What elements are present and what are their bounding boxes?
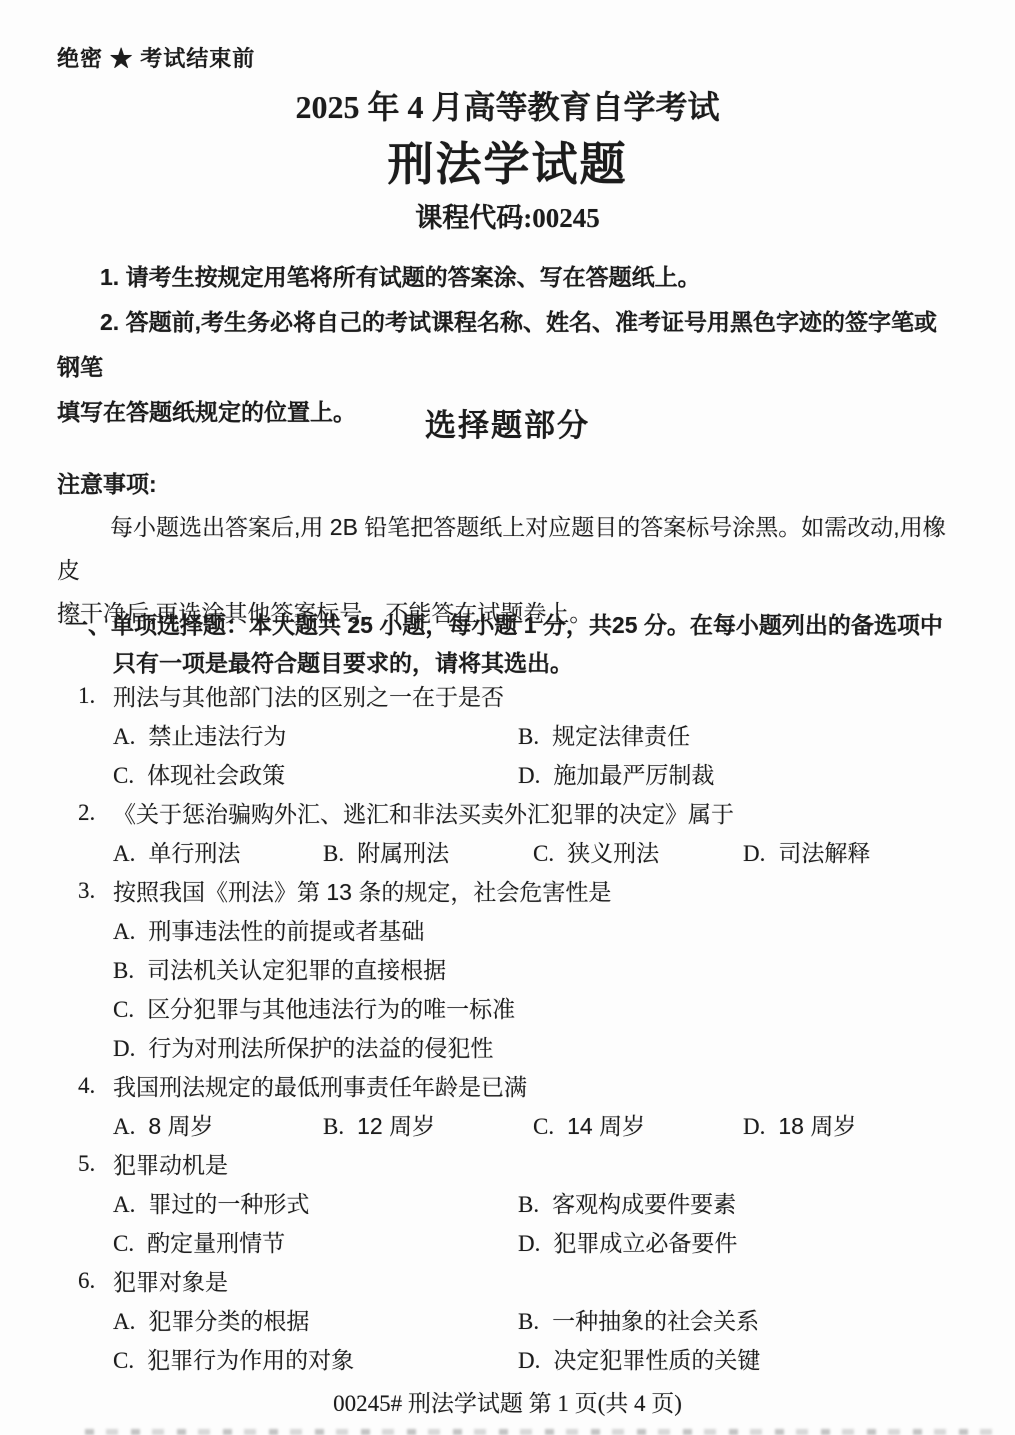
option-item: C.狭义刑法 <box>533 835 743 868</box>
question-number: 6. <box>78 1268 113 1294</box>
option-label: C. <box>113 1348 134 1374</box>
options-row: A.禁止违法行为B.规定法律责任 <box>113 715 985 754</box>
option-item: A.禁止违法行为 <box>113 718 518 751</box>
option-label: D. <box>113 1036 135 1062</box>
option-item: D.犯罪成立必备要件 <box>518 1225 737 1258</box>
option-label: C. <box>113 1231 134 1257</box>
option-label: B. <box>323 841 344 867</box>
option-label: D. <box>743 841 765 867</box>
option-text: 司法解释 <box>778 835 870 868</box>
questions-list: 1.刑法与其他部门法的区别之一在于是否A.禁止违法行为B.规定法律责任C.体现社… <box>78 676 985 1378</box>
question-type-heading: 一、单项选择题：本大题共 25 小题，每小题 1 分，共25 分。在每小题列出的… <box>65 606 965 682</box>
option-label: D. <box>518 1231 540 1257</box>
question-number: 4. <box>78 1073 113 1099</box>
option-text: 区分犯罪与其他违法行为的唯一标准 <box>147 991 515 1024</box>
page-footer: 00245# 刑法学试题 第 1 页(共 4 页) <box>0 1385 1015 1418</box>
options-row: A.单行刑法B.附属刑法C.狭义刑法D.司法解释 <box>113 832 985 871</box>
question-head: 5.犯罪动机是 <box>78 1144 985 1183</box>
question-number: 3. <box>78 878 113 904</box>
question-head: 4.我国刑法规定的最低刑事责任年龄是已满 <box>78 1066 985 1105</box>
option-item: B.规定法律责任 <box>518 718 690 751</box>
option-label: A. <box>113 724 135 750</box>
question-item: 3.按照我国《刑法》第 13 条的规定，社会危害性是A.刑事违法性的前提或者基础… <box>78 871 985 1066</box>
option-text: 客观构成要件要素 <box>552 1186 736 1219</box>
option-item: A.刑事违法性的前提或者基础 <box>113 913 424 946</box>
options-row: A.8 周岁B.12 周岁C.14 周岁D.18 周岁 <box>113 1105 985 1144</box>
option-text: 司法机关认定犯罪的直接根据 <box>147 952 446 985</box>
option-text: 决定犯罪性质的关键 <box>553 1342 760 1375</box>
option-label: B. <box>323 1114 344 1140</box>
option-text: 刑事违法性的前提或者基础 <box>148 913 424 946</box>
option-item: B.司法机关认定犯罪的直接根据 <box>113 952 446 985</box>
option-text: 犯罪分类的根据 <box>148 1303 309 1336</box>
section-title: 选择题部分 <box>0 400 1015 445</box>
question-stem: 刑法与其他部门法的区别之一在于是否 <box>113 679 504 712</box>
options-row: C.酌定量刑情节D.犯罪成立必备要件 <box>113 1222 985 1261</box>
options-row: A.犯罪分类的根据B.一种抽象的社会关系 <box>113 1300 985 1339</box>
option-text: 狭义刑法 <box>567 835 659 868</box>
question-item: 6.犯罪对象是A.犯罪分类的根据B.一种抽象的社会关系C.犯罪行为作用的对象D.… <box>78 1261 985 1378</box>
option-item: B.附属刑法 <box>323 835 533 868</box>
option-item: B.一种抽象的社会关系 <box>518 1303 759 1336</box>
question-stem: 按照我国《刑法》第 13 条的规定，社会危害性是 <box>113 874 611 907</box>
question-item: 5.犯罪动机是A.罪过的一种形式B.客观构成要件要素C.酌定量刑情节D.犯罪成立… <box>78 1144 985 1261</box>
paper-title: 刑法学试题 <box>0 128 1015 194</box>
option-item: C.区分犯罪与其他违法行为的唯一标准 <box>113 991 515 1024</box>
option-item: D.18 周岁 <box>743 1108 856 1141</box>
option-label: C. <box>113 997 134 1023</box>
option-item: D.施加最严厉制裁 <box>518 757 714 790</box>
question-head: 1.刑法与其他部门法的区别之一在于是否 <box>78 676 985 715</box>
question-number: 1. <box>78 683 113 709</box>
option-text: 14 周岁 <box>567 1108 645 1141</box>
options-row: A.罪过的一种形式B.客观构成要件要素 <box>113 1183 985 1222</box>
instruction-line: 1. 请考生按规定用笔将所有试题的答案涂、写在答题纸上。 <box>57 255 958 300</box>
question-item: 1.刑法与其他部门法的区别之一在于是否A.禁止违法行为B.规定法律责任C.体现社… <box>78 676 985 793</box>
option-text: 犯罪成立必备要件 <box>553 1225 737 1258</box>
option-item: A.单行刑法 <box>113 835 323 868</box>
option-label: C. <box>533 841 554 867</box>
question-stem: 《关于惩治骗购外汇、逃汇和非法买卖外汇犯罪的决定》属于 <box>113 796 734 829</box>
question-item: 2.《关于惩治骗购外汇、逃汇和非法买卖外汇犯罪的决定》属于A.单行刑法B.附属刑… <box>78 793 985 871</box>
secrecy-label: 绝密 ★ 考试结束前 <box>57 42 255 73</box>
option-label: A. <box>113 1192 135 1218</box>
option-text: 酌定量刑情节 <box>147 1225 285 1258</box>
option-text: 附属刑法 <box>357 835 449 868</box>
options-row: D.行为对刑法所保护的法益的侵犯性 <box>113 1027 985 1066</box>
option-text: 禁止违法行为 <box>148 718 286 751</box>
option-label: A. <box>113 919 135 945</box>
notice-line: 每小题选出答案后,用 2B 铅笔把答题纸上对应题目的答案标号涂黑。如需改动,用橡… <box>57 506 958 592</box>
question-stem: 我国刑法规定的最低刑事责任年龄是已满 <box>113 1069 527 1102</box>
option-text: 规定法律责任 <box>552 718 690 751</box>
option-text: 一种抽象的社会关系 <box>552 1303 759 1336</box>
course-code: 课程代码:00245 <box>0 196 1015 235</box>
question-head: 3.按照我国《刑法》第 13 条的规定，社会危害性是 <box>78 871 985 910</box>
option-item: A.8 周岁 <box>113 1108 323 1141</box>
notice-label: 注意事项: <box>57 466 157 499</box>
bottom-scan-artifact <box>85 1429 1000 1435</box>
option-item: D.行为对刑法所保护的法益的侵犯性 <box>113 1030 493 1063</box>
question-type-heading-line: 一、单项选择题：本大题共 25 小题，每小题 1 分，共25 分。在每小题列出的… <box>65 606 965 644</box>
option-item: C.14 周岁 <box>533 1108 743 1141</box>
option-text: 单行刑法 <box>148 835 240 868</box>
option-item: B.客观构成要件要素 <box>518 1186 736 1219</box>
option-label: B. <box>518 724 539 750</box>
option-label: C. <box>533 1114 554 1140</box>
question-head: 6.犯罪对象是 <box>78 1261 985 1300</box>
question-head: 2.《关于惩治骗购外汇、逃汇和非法买卖外汇犯罪的决定》属于 <box>78 793 985 832</box>
instruction-line: 2. 答题前,考生务必将自己的考试课程名称、姓名、准考证号用黑色字迹的签字笔或钢… <box>57 300 958 390</box>
session-title: 2025 年 4 月高等教育自学考试 <box>0 82 1015 128</box>
options-row: B.司法机关认定犯罪的直接根据 <box>113 949 985 988</box>
options-row: C.犯罪行为作用的对象D.决定犯罪性质的关键 <box>113 1339 985 1378</box>
option-item: C.酌定量刑情节 <box>113 1225 518 1258</box>
question-number: 2. <box>78 800 113 826</box>
question-number: 5. <box>78 1151 113 1177</box>
option-text: 行为对刑法所保护的法益的侵犯性 <box>148 1030 493 1063</box>
option-label: D. <box>518 763 540 789</box>
option-label: B. <box>518 1192 539 1218</box>
option-text: 8 周岁 <box>148 1108 213 1141</box>
question-stem: 犯罪对象是 <box>113 1264 228 1297</box>
question-item: 4.我国刑法规定的最低刑事责任年龄是已满A.8 周岁B.12 周岁C.14 周岁… <box>78 1066 985 1144</box>
option-label: A. <box>113 1309 135 1335</box>
option-item: A.罪过的一种形式 <box>113 1186 518 1219</box>
options-row: A.刑事违法性的前提或者基础 <box>113 910 985 949</box>
option-item: D.决定犯罪性质的关键 <box>518 1342 760 1375</box>
question-stem: 犯罪动机是 <box>113 1147 228 1180</box>
option-label: A. <box>113 1114 135 1140</box>
option-text: 18 周岁 <box>778 1108 856 1141</box>
exam-paper-page: 绝密 ★ 考试结束前 2025 年 4 月高等教育自学考试 刑法学试题 课程代码… <box>0 0 1015 1435</box>
option-label: D. <box>743 1114 765 1140</box>
options-row: C.体现社会政策D.施加最严厉制裁 <box>113 754 985 793</box>
option-text: 施加最严厉制裁 <box>553 757 714 790</box>
option-label: D. <box>518 1348 540 1374</box>
option-item: C.体现社会政策 <box>113 757 518 790</box>
option-item: A.犯罪分类的根据 <box>113 1303 518 1336</box>
option-text: 罪过的一种形式 <box>148 1186 309 1219</box>
option-item: C.犯罪行为作用的对象 <box>113 1342 518 1375</box>
option-label: B. <box>518 1309 539 1335</box>
option-text: 12 周岁 <box>357 1108 435 1141</box>
option-item: B.12 周岁 <box>323 1108 533 1141</box>
option-label: A. <box>113 841 135 867</box>
option-text: 体现社会政策 <box>147 757 285 790</box>
option-item: D.司法解释 <box>743 835 870 868</box>
option-label: C. <box>113 763 134 789</box>
options-row: C.区分犯罪与其他违法行为的唯一标准 <box>113 988 985 1027</box>
option-label: B. <box>113 958 134 984</box>
option-text: 犯罪行为作用的对象 <box>147 1342 354 1375</box>
